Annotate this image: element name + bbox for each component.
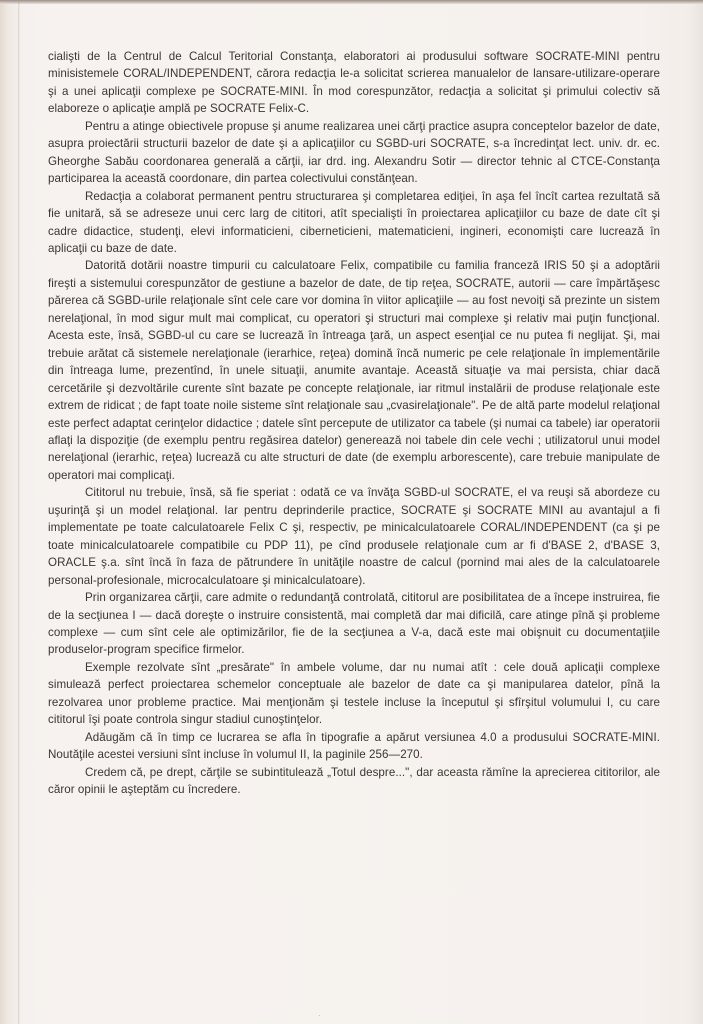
- paragraph-6: Prin organizarea cărţii, care admite o r…: [48, 589, 660, 659]
- paragraph-3: Redacţia a colaborat permanent pentru st…: [48, 188, 660, 258]
- paragraph-7: Exemple rezolvate sînt „presărate" în am…: [48, 659, 660, 729]
- page-mark: ·: [318, 1011, 321, 1020]
- paragraph-9: Credem că, pe drept, cărţile se subintit…: [48, 764, 660, 799]
- paragraph-4: Datorită dotării noastre timpurii cu cal…: [48, 257, 660, 484]
- paragraph-1: cialişti de la Centrul de Calcul Teritor…: [48, 48, 660, 118]
- page-top-edge: [0, 0, 703, 4]
- paragraph-8: Adăugăm că în timp ce lucrarea se afla î…: [48, 729, 660, 764]
- paragraph-5: Cititorul nu trebuie, însă, să fie speri…: [48, 484, 660, 589]
- paragraph-2: Pentru a atinge obiectivele propuse şi a…: [48, 118, 660, 188]
- scanned-book-page: cialişti de la Centrul de Calcul Teritor…: [0, 0, 703, 1024]
- binding-shadow: [18, 0, 20, 1024]
- body-text: cialişti de la Centrul de Calcul Teritor…: [48, 48, 660, 798]
